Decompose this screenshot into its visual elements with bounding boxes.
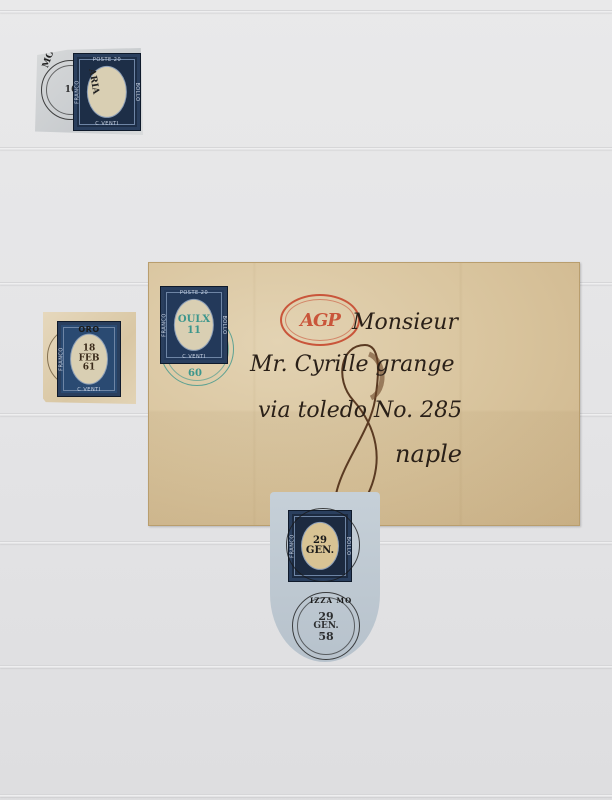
nizza-cancel-on-stamp: [286, 508, 360, 582]
stamp-20c-blue: OULX 11 POSTE 20 C VENTI FRANCO BOLLO: [160, 286, 228, 364]
stockbook-strip: [0, 794, 612, 797]
stamp-fragment-left: 18 FEB 61 C VENTI FRANCO ORO: [43, 312, 136, 404]
stockbook-strip: [0, 665, 612, 668]
cancel-year: 60: [188, 368, 202, 379]
address-line-2: Mr. Cyrille grange: [250, 352, 455, 377]
red-cachet: AGP: [280, 294, 360, 346]
stamp-20c-blue: POSTE 20 C VENTI FRANCO BOLLO ARIA: [73, 53, 141, 131]
stamp-fragment-bottom: 29 GEN. FRANCO BOLLO 29 GEN. 58 IZZA MO: [270, 492, 380, 662]
stamp-fragment-top: 16 POSTE 20 C VENTI FRANCO BOLLO ARIA MO…: [35, 48, 143, 135]
address-line-4: naple: [395, 440, 462, 468]
stamp-20c-blue: 18 FEB 61 C VENTI FRANCO ORO: [57, 321, 121, 397]
address-line-3: via toledo No. 285: [258, 398, 462, 423]
stockbook-strip: [0, 10, 612, 13]
stockbook-strip: [0, 147, 612, 150]
address-line-1: Monsieur: [352, 310, 458, 335]
cancel-town-text: IZZA MO: [310, 596, 352, 605]
